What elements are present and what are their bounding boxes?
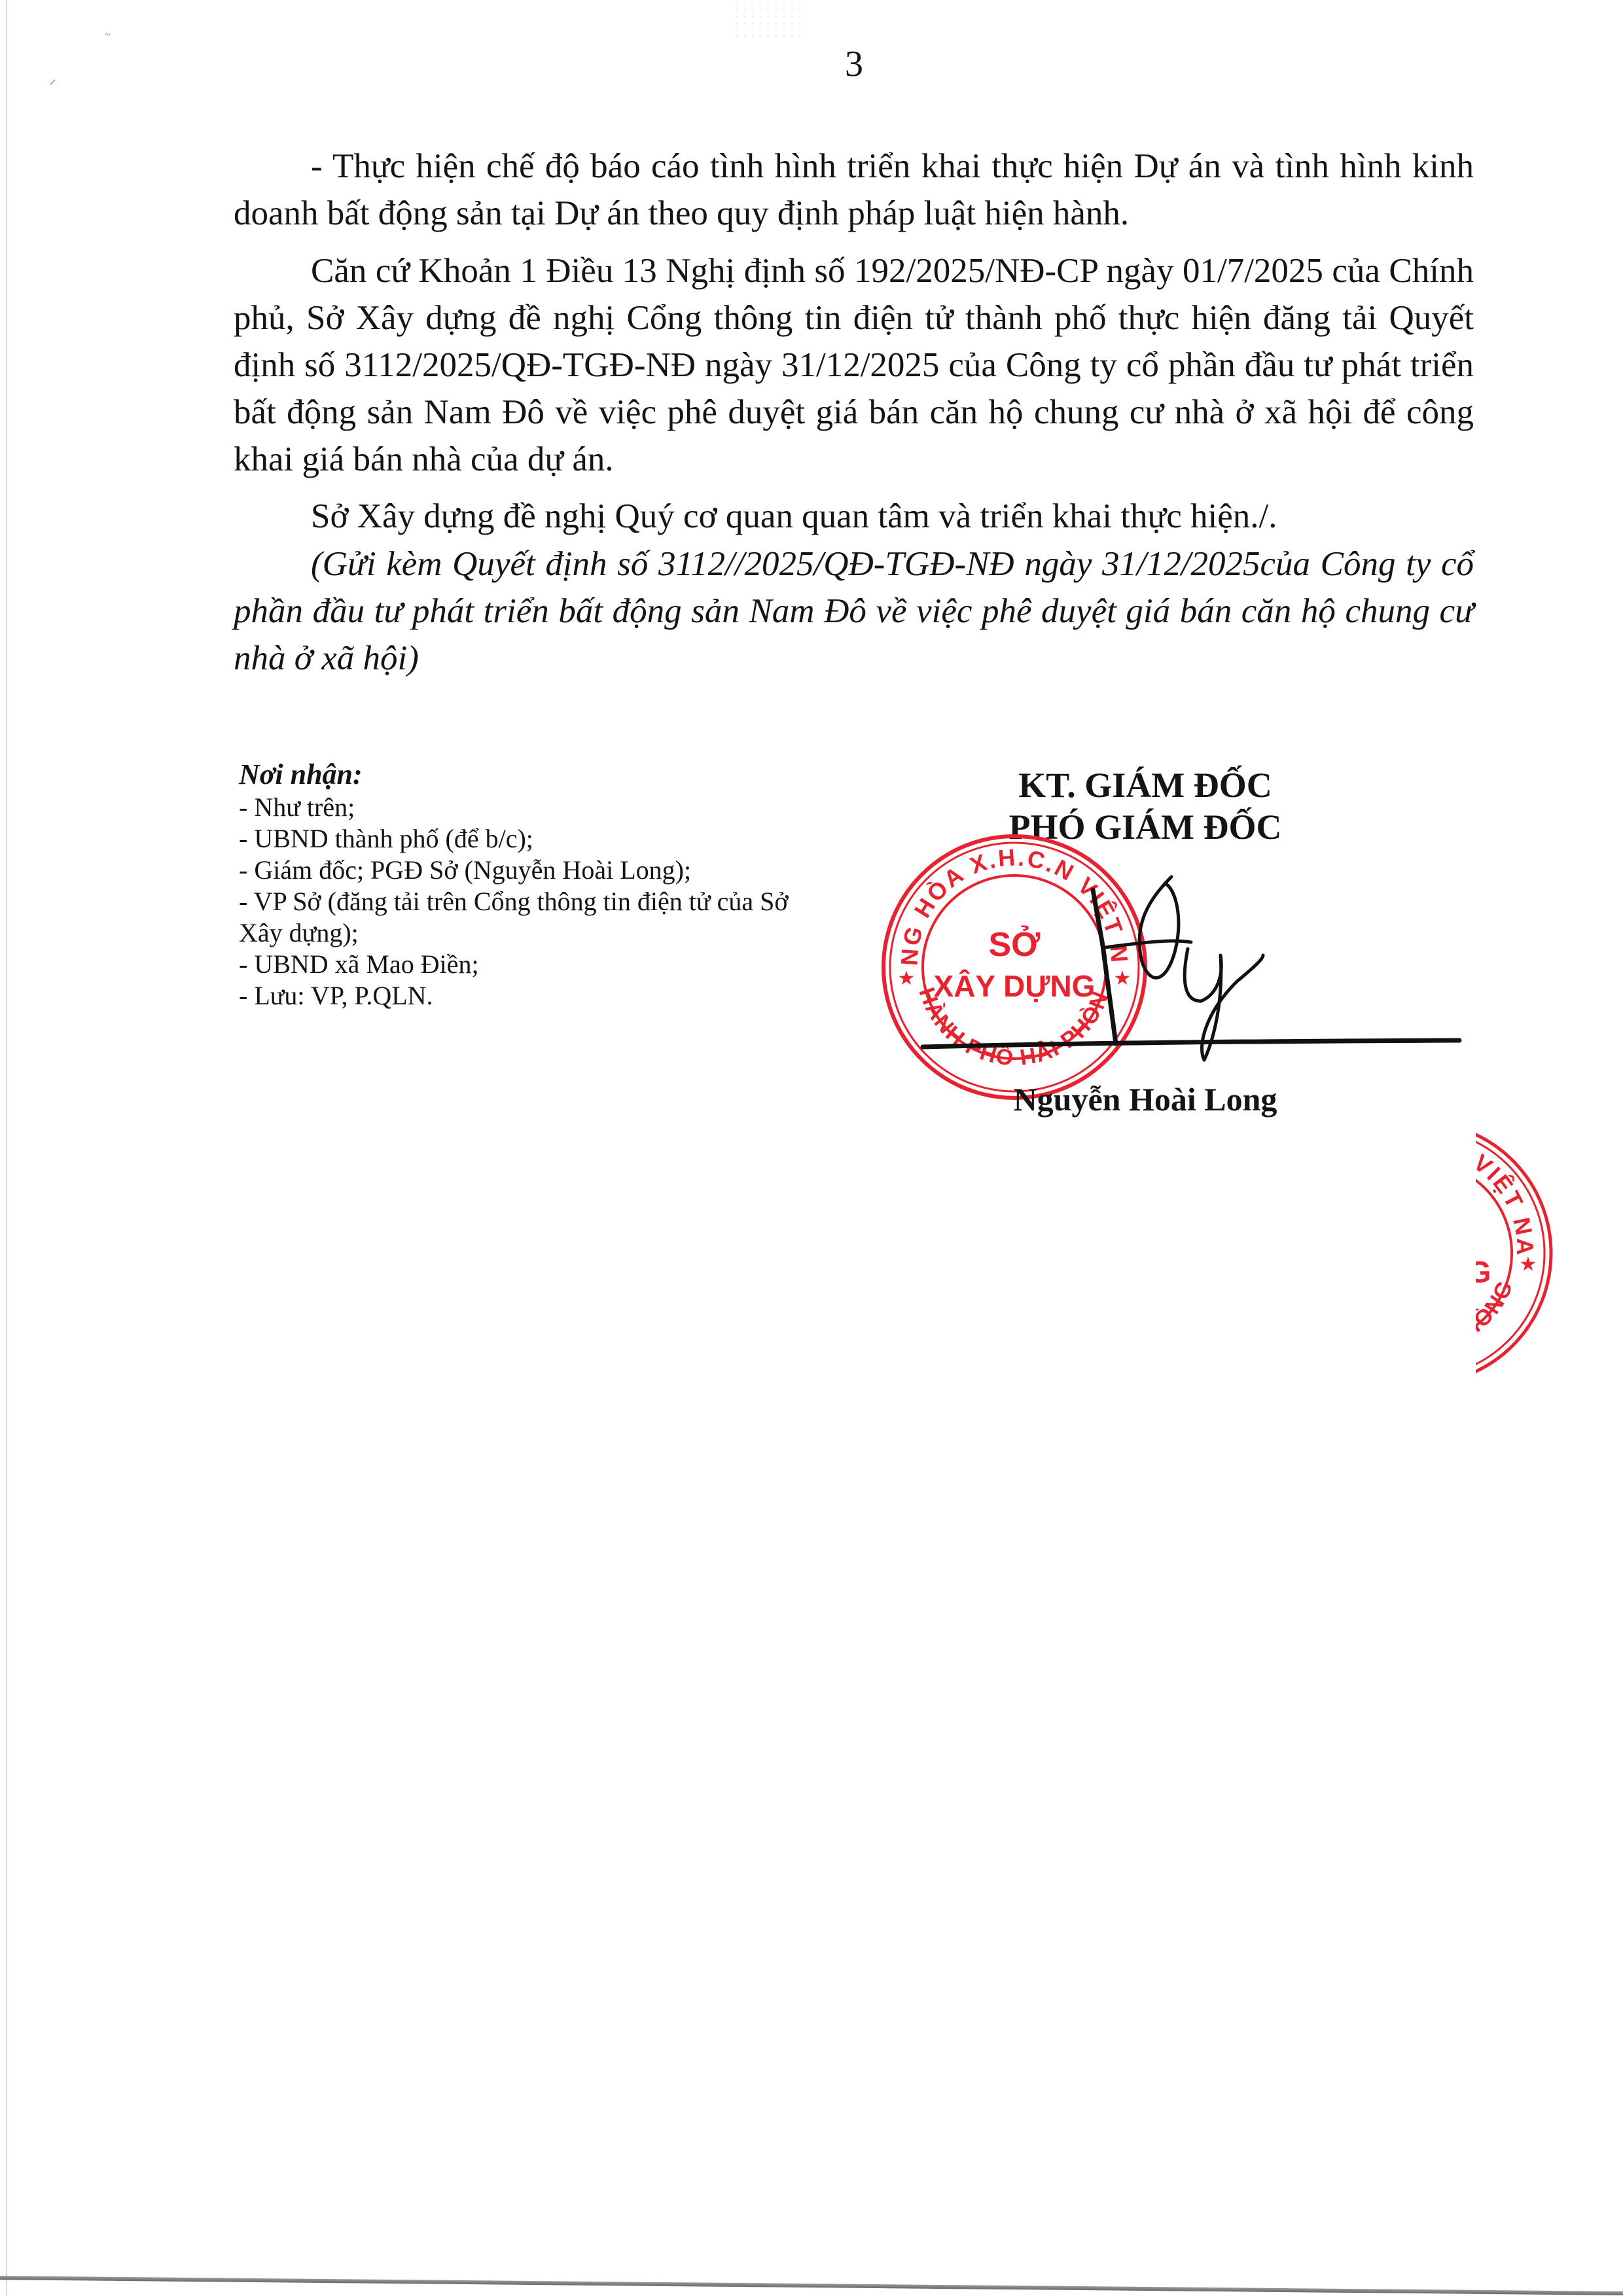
handwritten-signature-icon bbox=[897, 851, 1466, 1067]
svg-text:★: ★ bbox=[1520, 1254, 1537, 1275]
signer-name: Nguyễn Hoài Long bbox=[936, 1080, 1355, 1119]
scan-artifact: ~ bbox=[105, 29, 111, 41]
recipients-title: Nơi nhận: bbox=[239, 759, 815, 790]
recipient-item: - Giám đốc; PGĐ Sở (Nguyễn Hoài Long); bbox=[239, 855, 815, 886]
paragraph-text: (Gửi kèm Quyết định số 3112//2025/QĐ-TGĐ… bbox=[234, 540, 1474, 682]
paragraph-legal-basis: Căn cứ Khoản 1 Điều 13 Nghị định số 192/… bbox=[234, 247, 1474, 483]
partial-seal-center: ỰNG bbox=[1476, 1255, 1491, 1289]
signature-title-line1: KT. GIÁM ĐỐC bbox=[936, 764, 1355, 806]
recipient-item: - Lưu: VP, P.QLN. bbox=[239, 980, 815, 1012]
recipient-item: - UBND xã Mao Điền; bbox=[239, 949, 815, 980]
scan-edge-left bbox=[6, 0, 7, 2296]
paragraph-text: - Thực hiện chế độ báo cáo tình hình tri… bbox=[234, 143, 1474, 237]
paragraph-request: Sở Xây dựng đề nghị Quý cơ quan quan tâm… bbox=[234, 493, 1474, 540]
document-page: ⸝ ~ 3 - Thực hiện chế độ báo cáo tình hì… bbox=[0, 0, 1623, 2296]
scan-noise bbox=[733, 0, 805, 39]
paragraph-attachment-note: (Gửi kèm Quyết định số 3112//2025/QĐ-TGĐ… bbox=[234, 540, 1474, 682]
recipient-item: - Như trên; bbox=[239, 792, 815, 823]
paragraph-text: Sở Xây dựng đề nghị Quý cơ quan quan tâm… bbox=[234, 493, 1474, 540]
partial-seal-icon: N VIỆT NAM ẢI PHÒNG ỰNG ★ bbox=[1476, 1119, 1554, 1387]
partial-seal-clip: N VIỆT NAM ẢI PHÒNG ỰNG ★ bbox=[1476, 1112, 1623, 1394]
scan-edge-bottom bbox=[0, 2276, 1623, 2295]
paragraph-text: Căn cứ Khoản 1 Điều 13 Nghị định số 192/… bbox=[234, 247, 1474, 483]
recipient-item: - VP Sở (đăng tải trên Cổng thông tin đi… bbox=[239, 886, 815, 949]
recipient-item: - UBND thành phố (để b/c); bbox=[239, 823, 815, 855]
recipients-block: Nơi nhận: - Như trên; - UBND thành phố (… bbox=[239, 759, 815, 1012]
scan-artifact: ⸝ bbox=[49, 69, 56, 88]
paragraph-reporting: - Thực hiện chế độ báo cáo tình hình tri… bbox=[234, 143, 1474, 237]
page-number: 3 bbox=[841, 46, 867, 82]
